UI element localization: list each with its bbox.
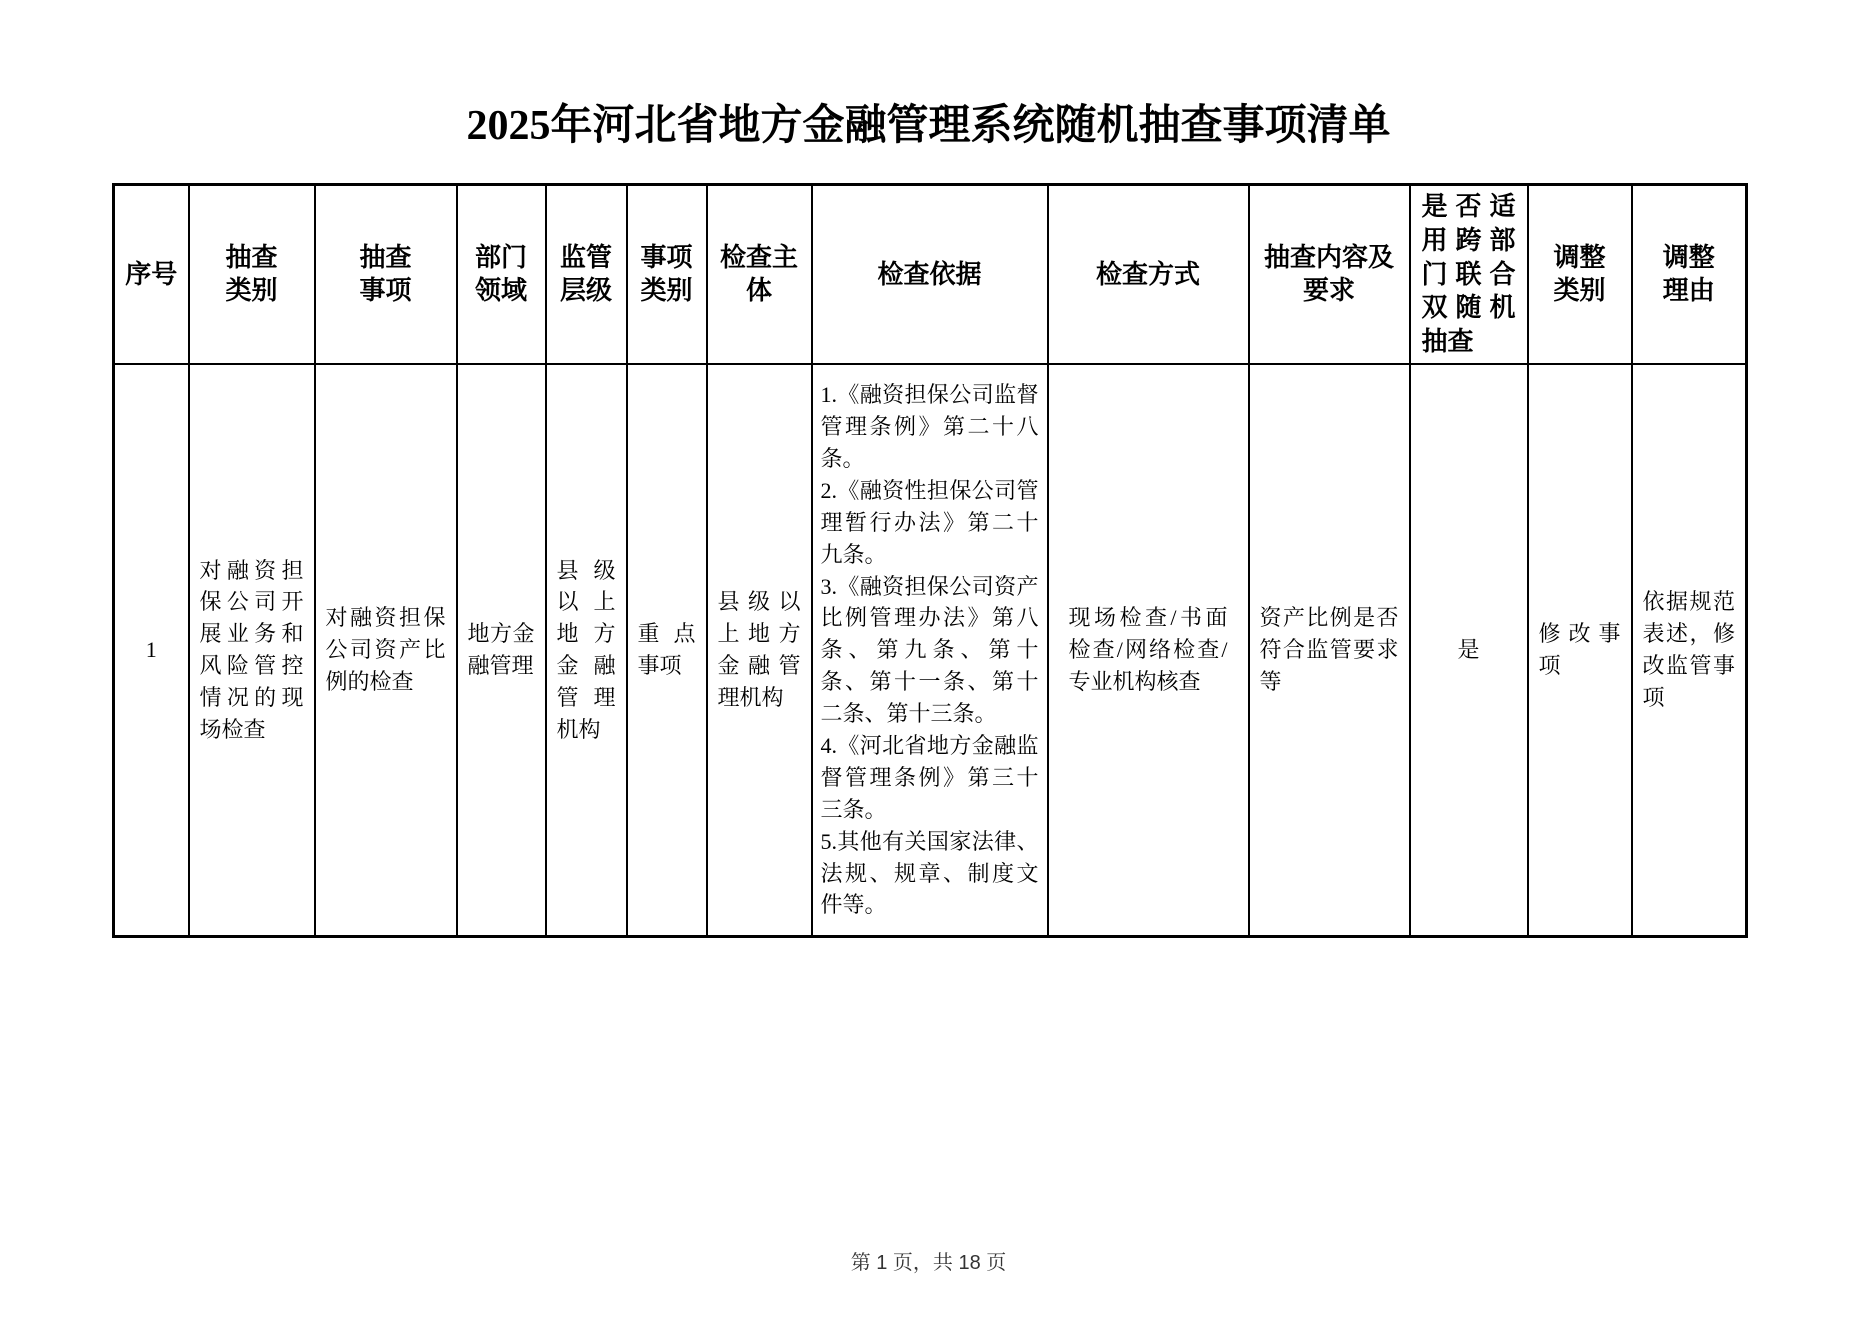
- col-header-content-requirements: 抽查内容及 要求: [1249, 185, 1410, 364]
- col-header-item-type: 事项 类别: [627, 185, 707, 364]
- cell-inspection-item: 对融资担保公司资产比例的检查: [315, 364, 457, 937]
- col-header-seq: 序号: [114, 185, 189, 364]
- cell-adjustment-type: 修改事项: [1528, 364, 1632, 937]
- col-header-regulatory-level: 监管 层级: [546, 185, 627, 364]
- cell-inspection-subject: 县级以上地方金融管理机构: [707, 364, 812, 937]
- cell-regulatory-level: 县级以上地方金融管理机构: [546, 364, 627, 937]
- page-footer: 第 1 页，共 18 页: [112, 1246, 1745, 1275]
- cell-adjustment-reason: 依据规范表述，修改监管事项: [1632, 364, 1747, 937]
- col-header-department-field: 部门 领域: [457, 185, 546, 364]
- cell-seq: 1: [114, 364, 189, 937]
- cell-inspection-method: 现场检查/书面检查/网络检查/专业机构核查: [1048, 364, 1249, 937]
- table-header-row: 序号 抽查 类别 抽查 事项 部门 领域 监管 层级 事项 类别 检查主 体 检…: [114, 185, 1747, 364]
- cell-cross-department-joint: 是: [1410, 364, 1528, 937]
- cell-inspection-basis: 1.《融资担保公司监督管理条例》第二十八条。 2.《融资性担保公司管理暂行办法》…: [812, 364, 1048, 937]
- page-title: 2025年河北省地方金融管理系统随机抽查事项清单: [112, 103, 1745, 149]
- inspection-items-table: 序号 抽查 类别 抽查 事项 部门 领域 监管 层级 事项 类别 检查主 体 检…: [112, 183, 1748, 938]
- col-header-inspection-item: 抽查 事项: [315, 185, 457, 364]
- col-header-cross-department-joint: 是否适用跨部门联合双随机抽查: [1410, 185, 1528, 364]
- cell-inspection-category: 对融资担保公司开展业务和风险管控情况的现场检查: [189, 364, 315, 937]
- cell-department-field: 地方金融管理: [457, 364, 546, 937]
- table-row: 1 对融资担保公司开展业务和风险管控情况的现场检查 对融资担保公司资产比例的检查…: [114, 364, 1747, 937]
- col-header-adjustment-reason: 调整 理由: [1632, 185, 1747, 364]
- cell-content-requirements: 资产比例是否符合监管要求等: [1249, 364, 1410, 937]
- col-header-inspection-category: 抽查 类别: [189, 185, 315, 364]
- col-header-inspection-basis: 检查依据: [812, 185, 1048, 364]
- col-header-inspection-method: 检查方式: [1048, 185, 1249, 364]
- col-header-inspection-subject: 检查主 体: [707, 185, 812, 364]
- cell-item-type: 重点事项: [627, 364, 707, 937]
- col-header-adjustment-type: 调整 类别: [1528, 185, 1632, 364]
